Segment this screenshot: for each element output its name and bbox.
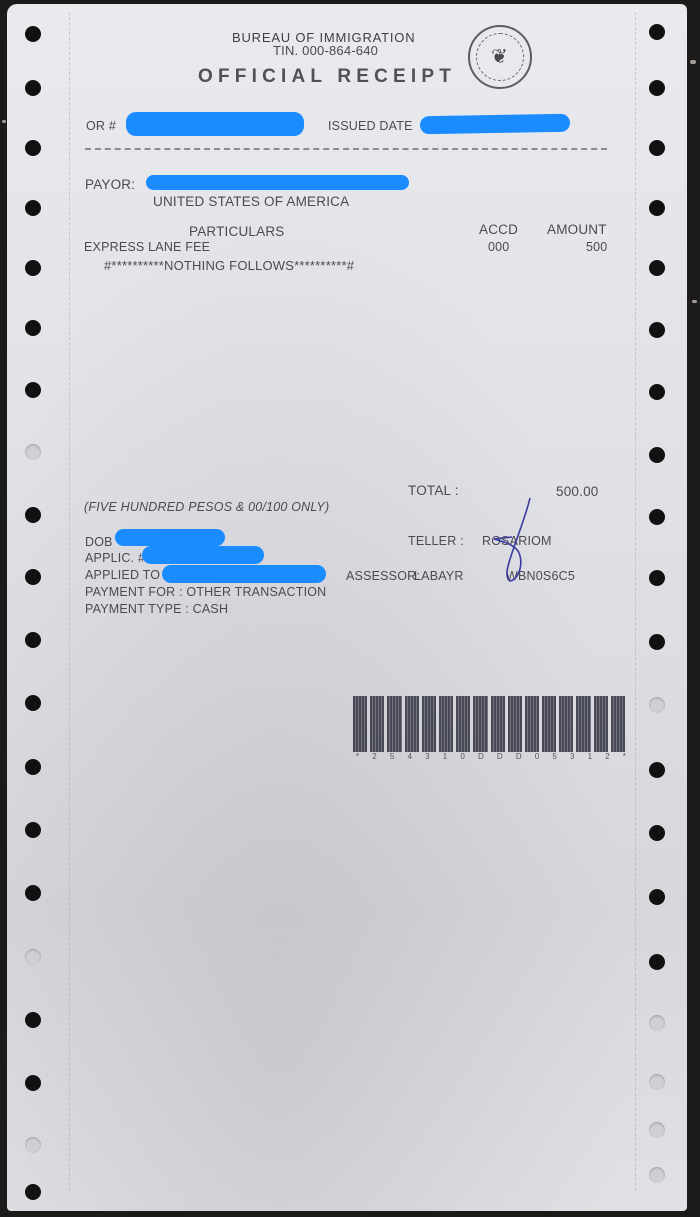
right-perforation [635, 12, 636, 1191]
tractor-hole [25, 569, 41, 585]
tractor-hole [25, 759, 41, 775]
payment-type: PAYMENT TYPE : CASH [85, 602, 228, 616]
payor-label: PAYOR: [85, 177, 135, 192]
tractor-hole [649, 1122, 665, 1138]
barcode-digit: 5 [552, 752, 556, 761]
tractor-hole [649, 80, 665, 96]
tractor-hole [649, 140, 665, 156]
issued-date-label: ISSUED DATE [328, 119, 413, 133]
barcode-block [542, 696, 556, 752]
assessor-label: ASSESSOR: [346, 569, 420, 583]
applied-to-label: APPLIED TO [85, 568, 160, 582]
assessor-value: LABAYR [414, 569, 464, 583]
left-perforation [69, 12, 70, 1191]
tractor-hole [25, 320, 41, 336]
tractor-hole [649, 762, 665, 778]
col-amount: AMOUNT [547, 222, 607, 237]
tractor-hole [25, 80, 41, 96]
payor-name-redaction [146, 175, 409, 190]
total-value: 500.00 [556, 484, 599, 499]
barcode-block [439, 696, 453, 752]
barcode [353, 696, 625, 752]
tractor-hole [25, 507, 41, 523]
barcode-digit: 0 [460, 752, 464, 761]
tractor-hole [649, 825, 665, 841]
barcode-block [491, 696, 505, 752]
barcode-digits: *254310DDD05312* [356, 752, 626, 761]
tractor-hole [649, 954, 665, 970]
line-item-amount: 500 [586, 240, 607, 254]
tractor-hole [649, 1015, 665, 1031]
government-seal-icon: ❦ [468, 25, 532, 89]
barcode-digit: 2 [605, 752, 609, 761]
tractor-hole [649, 260, 665, 276]
tractor-hole [649, 570, 665, 586]
tractor-hole [25, 1075, 41, 1091]
tractor-hole [25, 1184, 41, 1200]
separator-line [85, 148, 607, 150]
barcode-block [594, 696, 608, 752]
tractor-hole [25, 1137, 41, 1153]
nothing-follows: #**********NOTHING FOLLOWS**********# [104, 258, 354, 273]
tractor-hole [25, 382, 41, 398]
barcode-digit: 0 [535, 752, 539, 761]
receipt-title: OFFICIAL RECEIPT [198, 66, 456, 88]
barcode-digit: 2 [372, 752, 376, 761]
tractor-hole [649, 384, 665, 400]
line-item-particular: EXPRESS LANE FEE [84, 240, 210, 254]
col-particulars: PARTICULARS [189, 224, 284, 239]
tractor-hole [25, 200, 41, 216]
tractor-hole [25, 260, 41, 276]
tractor-hole [649, 322, 665, 338]
col-accd: ACCD [479, 222, 518, 237]
barcode-digit: 3 [425, 752, 429, 761]
tractor-hole [649, 509, 665, 525]
barcode-block [508, 696, 522, 752]
barcode-block [422, 696, 436, 752]
tractor-hole [25, 822, 41, 838]
barcode-block [611, 696, 625, 752]
barcode-digit: 1 [443, 752, 447, 761]
tractor-hole [649, 1074, 665, 1090]
barcode-digit: * [356, 752, 359, 761]
tractor-hole [25, 26, 41, 42]
barcode-digit: D [497, 752, 503, 761]
agency-tin: TIN. 000-864-640 [273, 43, 378, 58]
tractor-hole [649, 1167, 665, 1183]
handwritten-signature [490, 495, 550, 585]
or-number-label: OR # [86, 119, 116, 133]
tractor-hole [25, 632, 41, 648]
tractor-hole [25, 1012, 41, 1028]
line-item-accd: 000 [488, 240, 509, 254]
applic-redaction [142, 546, 264, 564]
barcode-digit: 3 [570, 752, 574, 761]
tractor-hole [25, 140, 41, 156]
tractor-hole [649, 447, 665, 463]
barcode-digit: D [478, 752, 484, 761]
tractor-hole [25, 695, 41, 711]
dob-redaction [115, 529, 225, 546]
barcode-block [353, 696, 367, 752]
tractor-hole [25, 949, 41, 965]
barcode-block [405, 696, 419, 752]
total-label: TOTAL : [408, 483, 459, 498]
tractor-hole [649, 200, 665, 216]
barcode-block [387, 696, 401, 752]
barcode-block [576, 696, 590, 752]
barcode-block [370, 696, 384, 752]
barcode-digit: 1 [588, 752, 592, 761]
barcode-digit: 4 [408, 752, 412, 761]
issued-date-redaction [420, 114, 570, 135]
barcode-digit: 5 [390, 752, 394, 761]
barcode-digit: * [623, 752, 626, 761]
tractor-hole [649, 634, 665, 650]
payment-for: PAYMENT FOR : OTHER TRANSACTION [85, 585, 326, 599]
tractor-hole [25, 885, 41, 901]
tractor-hole [25, 444, 41, 460]
barcode-block [473, 696, 487, 752]
tractor-hole [649, 24, 665, 40]
barcode-block [456, 696, 470, 752]
applied-to-redaction [162, 565, 326, 583]
barcode-block [525, 696, 539, 752]
amount-in-words: (FIVE HUNDRED PESOS & 00/100 ONLY) [84, 500, 329, 514]
barcode-digit: D [516, 752, 522, 761]
applic-label: APPLIC. # [85, 551, 145, 565]
tractor-hole [649, 889, 665, 905]
or-number-redaction [126, 112, 304, 136]
dob-label: DOB [85, 535, 113, 549]
barcode-block [559, 696, 573, 752]
payor-country: UNITED STATES OF AMERICA [153, 194, 349, 209]
teller-label: TELLER : [408, 534, 464, 548]
tractor-hole [649, 697, 665, 713]
